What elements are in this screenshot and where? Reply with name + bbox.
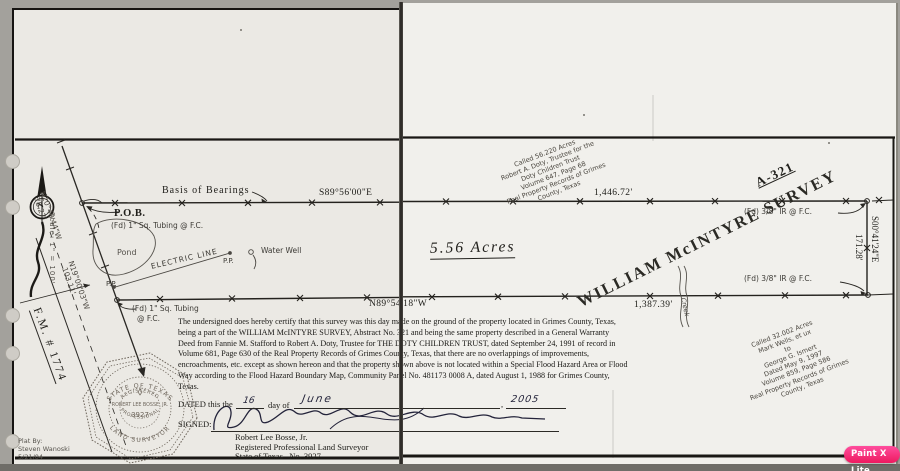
dated-middle: day of [268,400,289,410]
paint-x-lite-button[interactable]: Paint X Lite [844,446,900,463]
handwritten-month: June [301,393,334,405]
window-bottom-band [0,464,900,471]
south-line-distance: 1,387.39' [634,300,673,310]
north-line-distance: 1,446.72' [594,188,633,198]
certification-line: being a part of the WILLIAM McINTYRE SUR… [178,328,680,339]
month-blank-line [294,408,500,409]
north-line-bearing: S89°56'00"E [319,188,372,198]
power-pole-label-1: P.P. [223,257,234,265]
hole-punch [5,154,20,169]
handwritten-day: 16 [242,396,255,406]
fold-mark [652,95,654,141]
power-pole-label-2: P.P. [106,280,117,288]
dated-comma: , [501,399,503,409]
east-line-bearing: S00°41'24"E [870,216,880,262]
certification-text: The undersigned does hereby certify that… [178,317,680,393]
east-line-distance: 171.28' [854,234,864,260]
scanned-survey-document: STATE OF TEXAS LAND SURVEYOR REGISTERED … [0,0,900,471]
scan-page-left [12,8,404,466]
handwritten-year: 2005 [510,394,540,405]
scan-speck [583,114,585,116]
plat-by-label: Plat By: [18,437,78,445]
surveyor-title: Registered Professional Land Surveyor [235,442,368,452]
certification-line: Way according to the Flood Hazard Bounda… [178,371,680,382]
certification-line: encroachments, etc. except as shown here… [178,360,680,371]
certification-line: Texas. [178,382,680,393]
scan-speck [828,142,830,144]
area-label: 5.56 Acres [430,238,516,259]
pond-label: Pond [117,248,137,257]
signed-label: SIGNED: [178,419,212,429]
year-blank-line [506,408,566,409]
day-blank-line [236,408,264,409]
plat-by-date: 5/21/04 [18,453,78,461]
certification-line: Volume 681, Page 630 of the Real Propert… [178,349,680,360]
sw-monument-note-line2: @ F.C. [137,314,160,323]
dated-prefix: DATED this the [178,399,233,409]
pob-monument-note: (Fd) 1" Sq. Tubing @ F.C. [111,221,203,230]
certification-line: The undersigned does hereby certify that… [178,317,680,328]
certification-line: Deed from Fannie M. Stafford to Robert A… [178,339,680,350]
surveyor-license: State of Texas No. 3927 [235,451,321,461]
surveyor-name: Robert Lee Bosse, Jr. [235,432,307,442]
basis-of-bearings-label: Basis of Bearings [162,185,250,196]
hole-punch [5,200,20,215]
hole-punch [5,308,20,323]
fold-mark [612,390,614,458]
se-monument-note: (Fd) 3/8" IR @ F.C. [744,274,812,283]
plat-by-block: Plat By: Steven Wanoski 5/21/04 [18,437,78,461]
pob-label: P.O.B. [114,208,146,219]
water-well-label: Water Well [261,246,301,255]
sw-monument-note-line1: (Fd) 1" Sq. Tubing [132,304,199,313]
scan-speck [240,29,242,31]
scan-page-right [402,3,898,465]
plat-by-name: Steven Wanoski [18,445,78,453]
page-edge [896,3,898,465]
hole-punch [5,346,20,361]
page-seam [399,2,403,465]
